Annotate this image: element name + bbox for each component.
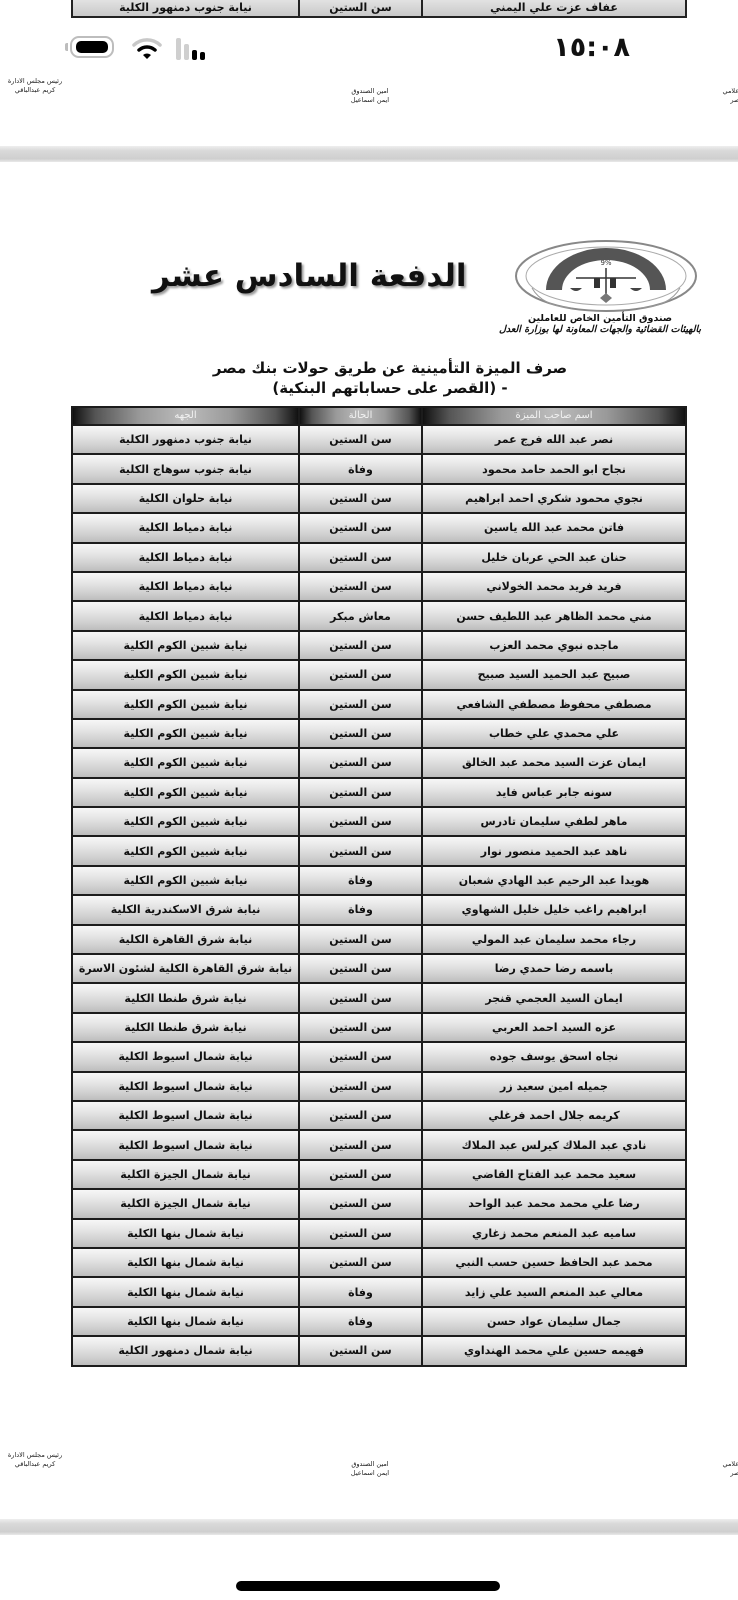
cell-name: نادي عبد الملاك كيرلس عبد الملاك	[421, 1131, 685, 1158]
cell-department: نيابة شبين الكوم الكلية	[73, 749, 298, 776]
table-row: حنان عبد الحي عربان خليلسن الستيننيابة د…	[73, 542, 685, 571]
table-row: نجوي محمود شكري احمد ابراهيمسن الستيننيا…	[73, 483, 685, 512]
cell-name: جميله امين سعيد زر	[421, 1073, 685, 1100]
cell-department: نيابة شمال بنها الكلية	[73, 1220, 298, 1247]
table-row: رضا علي محمد محمد عبد الواحدسن الستيننيا…	[73, 1188, 685, 1217]
table-row: ساميه عبد المنعم محمد زغاريسن الستيننياب…	[73, 1218, 685, 1247]
cell-status: سن الستين	[298, 1131, 421, 1158]
cell-status: سن الستين	[298, 808, 421, 835]
signature-title: رئيس مجلس الادارة	[0, 77, 70, 86]
signature-name: كريم عبدالباقي	[0, 86, 70, 95]
cell-department: نيابة دمياط الكلية	[73, 602, 298, 629]
signature-name: علي عبدالناصر	[680, 96, 738, 105]
table-row: جمال سليمان عواد حسنوفاةنيابة شمال بنها …	[73, 1306, 685, 1335]
cell-name: عزه السيد احمد العربي	[421, 1014, 685, 1041]
cell-status: سن الستين	[298, 1014, 421, 1041]
svg-text:9%: 9%	[600, 259, 611, 267]
cell-name: نصر عبد الله فرج عمر	[421, 426, 685, 453]
table-row: جميله امين سعيد زرسن الستيننيابة شمال اس…	[73, 1071, 685, 1100]
cell-name: مني محمد الظاهر عبد اللطيف حسن	[421, 602, 685, 629]
table-row: ماجده نبوي محمد العزبسن الستيننيابة شبين…	[73, 630, 685, 659]
cell-department: نيابة شمال الجيزة الكلية	[73, 1161, 298, 1188]
signature-chairman: رئيس مجلس الادارة كريم عبدالباقي	[0, 77, 70, 95]
column-header-name: اسم صاحب الميزة	[421, 408, 685, 424]
cell-status: سن الستين	[298, 426, 421, 453]
cell-status: سن الستين	[298, 749, 421, 776]
cell-status: سن الستين	[298, 1249, 421, 1276]
previous-page-last-row: عفاف عزت علي اليمني سن الستين نيابة جنوب…	[71, 0, 687, 18]
table-row: فهيمه حسين علي محمد الهنداويسن الستيننيا…	[73, 1335, 685, 1364]
table-body: نصر عبد الله فرج عمرسن الستيننيابة جنوب …	[73, 424, 685, 1365]
org-line-1: صندوق التأمين الخاص للعاملين	[485, 313, 715, 324]
cell-status: سن الستين	[298, 573, 421, 600]
cell-status: وفاة	[298, 1308, 421, 1335]
cell-name: باسمه رضا حمدي رضا	[421, 955, 685, 982]
battery-icon	[70, 36, 114, 58]
cell-name: حنان عبد الحي عربان خليل	[421, 544, 685, 571]
signature-name: علي عبدالناصر	[680, 1469, 738, 1478]
table-row: فاتن محمد عبد الله ياسينسن الستيننيابة د…	[73, 512, 685, 541]
signature-title: المتحدث الاعلامي	[680, 87, 738, 96]
cell-department: نيابة شبين الكوم الكلية	[73, 867, 298, 894]
cell-department: نيابة شمال اسيوط الكلية	[73, 1131, 298, 1158]
signature-title: رئيس مجلس الادارة	[0, 1451, 70, 1460]
cell-name: كريمه جلال احمد فرغلي	[421, 1102, 685, 1129]
cell-status: سن الستين	[298, 544, 421, 571]
signature-title: امين الصندوق	[335, 1460, 405, 1469]
cell-department: نيابة شبين الكوم الكلية	[73, 720, 298, 747]
cell-status: سن الستين	[298, 1102, 421, 1129]
cell-department: نيابة شمال اسيوط الكلية	[73, 1043, 298, 1070]
cell-name: نجاه اسحق يوسف جوده	[421, 1043, 685, 1070]
cell-status: سن الستين	[298, 837, 421, 864]
cellular-signal-icon	[176, 38, 216, 60]
cell-name: عفاف عزت علي اليمني	[421, 0, 685, 16]
table-row: ناهد عبد الحميد منصور نوارسن الستيننيابة…	[73, 835, 685, 864]
cell-status: سن الستين	[298, 0, 421, 16]
table-row: ايمان السيد العجمي قنجرسن الستيننيابة شر…	[73, 982, 685, 1011]
table-row: ايمان عزت السيد محمد عبد الخالقسن الستين…	[73, 747, 685, 776]
cell-name: ابراهيم راغب خليل خليل الشهاوي	[421, 896, 685, 923]
page-title: الدفعة السادس عشر	[152, 258, 467, 294]
table-row: مصطفي محفوظ مصطفي الشافعيسن الستيننيابة …	[73, 689, 685, 718]
table-row: نصر عبد الله فرج عمرسن الستيننيابة جنوب …	[73, 424, 685, 453]
signature-spokesman-bottom: المتحدث الاعلامي علي عبدالناصر	[680, 1460, 738, 1478]
signature-title: المتحدث الاعلامي	[680, 1460, 738, 1469]
cell-department: نيابة شرق طنطا الكلية	[73, 1014, 298, 1041]
organization-name: صندوق التأمين الخاص للعاملين بالهيئات ال…	[485, 313, 715, 335]
clock: ١٥:٠٨	[553, 32, 630, 63]
cell-name: فريد فريد محمد الخولاني	[421, 573, 685, 600]
cell-status: وفاة	[298, 896, 421, 923]
table-row: فريد فريد محمد الخولانيسن الستيننيابة دم…	[73, 571, 685, 600]
cell-status: سن الستين	[298, 1043, 421, 1070]
cell-name: ايمان السيد العجمي قنجر	[421, 984, 685, 1011]
cell-department: نيابة دمياط الكلية	[73, 573, 298, 600]
subtitle-line-2: - (القصر على حساباتهم البنكية)	[180, 378, 600, 398]
cell-name: رجاء محمد سليمان عبد المولي	[421, 926, 685, 953]
cell-status: سن الستين	[298, 1073, 421, 1100]
cell-name: ناهد عبد الحميد منصور نوار	[421, 837, 685, 864]
cell-department: نيابة شرق القاهرة الكلية لشئون الاسرة	[73, 955, 298, 982]
cell-department: نيابة جنوب سوهاج الكلية	[73, 455, 298, 482]
cell-status: سن الستين	[298, 1337, 421, 1364]
cell-department: نيابة شبين الكوم الكلية	[73, 691, 298, 718]
table-row: سعيد محمد عبد الفتاح القاضيسن الستيننياب…	[73, 1159, 685, 1188]
cell-name: جمال سليمان عواد حسن	[421, 1308, 685, 1335]
cell-department: نيابة شمال بنها الكلية	[73, 1249, 298, 1276]
cell-name: ماهر لطفي سليمان تادرس	[421, 808, 685, 835]
subtitle: صرف الميزة التأمينية عن طريق حولات بنك م…	[180, 358, 600, 398]
cell-status: سن الستين	[298, 720, 421, 747]
cell-status: سن الستين	[298, 514, 421, 541]
table-row: محمد عبد الحافظ حسين حسب النبيسن الستينن…	[73, 1247, 685, 1276]
cell-status: وفاة	[298, 1278, 421, 1305]
cell-name: نجاح ابو الحمد حامد محمود	[421, 455, 685, 482]
cell-department: نيابة شمال دمنهور الكلية	[73, 1337, 298, 1364]
signature-chairman-bottom: رئيس مجلس الادارة كريم عبدالباقي	[0, 1451, 70, 1469]
cell-status: سن الستين	[298, 691, 421, 718]
cell-status: سن الستين	[298, 984, 421, 1011]
status-bar: ١٥:٠٨	[0, 30, 738, 70]
fund-logo-icon: 9%	[512, 238, 700, 314]
cell-name: رضا علي محمد محمد عبد الواحد	[421, 1190, 685, 1217]
cell-department: نيابة جنوب دمنهور الكلية	[73, 426, 298, 453]
page-separator-bottom	[0, 1519, 738, 1535]
cell-department: نيابة شبين الكوم الكلية	[73, 779, 298, 806]
cell-status: وفاة	[298, 455, 421, 482]
cell-status: سن الستين	[298, 926, 421, 953]
cell-status: سن الستين	[298, 1220, 421, 1247]
cell-department: نيابة شبين الكوم الكلية	[73, 808, 298, 835]
table-row: صبيح عبد الحميد السيد صبيحسن الستيننيابة…	[73, 659, 685, 688]
cell-department: نيابة حلوان الكلية	[73, 485, 298, 512]
cell-name: مصطفي محفوظ مصطفي الشافعي	[421, 691, 685, 718]
table-row: علي محمدي علي خطابسن الستيننيابة شبين ال…	[73, 718, 685, 747]
cell-department: نيابة شرق الاسكندرية الكلية	[73, 896, 298, 923]
cell-department: نيابة شمال بنها الكلية	[73, 1308, 298, 1335]
table-row: رجاء محمد سليمان عبد الموليسن الستيننياب…	[73, 924, 685, 953]
cell-status: سن الستين	[298, 632, 421, 659]
cell-status: سن الستين	[298, 661, 421, 688]
signature-name: ايمن اسماعيل	[335, 96, 405, 105]
cell-department: نيابة شمال اسيوط الكلية	[73, 1102, 298, 1129]
table-row: ماهر لطفي سليمان تادرسسن الستيننيابة شبي…	[73, 806, 685, 835]
table-row: ابراهيم راغب خليل خليل الشهاويوفاةنيابة …	[73, 894, 685, 923]
table-row: سونه جابر عباس فايدسن الستيننيابة شبين ا…	[73, 777, 685, 806]
beneficiaries-table: اسم صاحب الميزة الحالة الجهه نصر عبد الل…	[71, 406, 687, 1367]
cell-name: ايمان عزت السيد محمد عبد الخالق	[421, 749, 685, 776]
cell-department: نيابة شمال اسيوط الكلية	[73, 1073, 298, 1100]
signature-name: كريم عبدالباقي	[0, 1460, 70, 1469]
cell-status: سن الستين	[298, 779, 421, 806]
column-header-status: الحالة	[298, 408, 421, 424]
cell-department: نيابة شرق القاهرة الكلية	[73, 926, 298, 953]
cell-status: سن الستين	[298, 955, 421, 982]
subtitle-line-1: صرف الميزة التأمينية عن طريق حولات بنك م…	[180, 358, 600, 378]
cell-name: فاتن محمد عبد الله ياسين	[421, 514, 685, 541]
cell-status: معاش مبكر	[298, 602, 421, 629]
table-row: معالي عبد المنعم السيد علي زايدوفاةنيابة…	[73, 1276, 685, 1305]
cell-department: نيابة شرق طنطا الكلية	[73, 984, 298, 1011]
cell-name: معالي عبد المنعم السيد علي زايد	[421, 1278, 685, 1305]
cell-name: فهيمه حسين علي محمد الهنداوي	[421, 1337, 685, 1364]
table-row: نجاه اسحق يوسف جودهسن الستيننيابة شمال ا…	[73, 1041, 685, 1070]
cell-department: نيابة شمال الجيزة الكلية	[73, 1190, 298, 1217]
table-header: اسم صاحب الميزة الحالة الجهه	[73, 408, 685, 424]
cell-department: نيابة شبين الكوم الكلية	[73, 661, 298, 688]
table-row: مني محمد الظاهر عبد اللطيف حسنمعاش مبكرن…	[73, 600, 685, 629]
table-row: كريمه جلال احمد فرغليسن الستيننيابة شمال…	[73, 1100, 685, 1129]
wifi-icon	[132, 36, 162, 60]
cell-status: سن الستين	[298, 485, 421, 512]
cell-department: نيابة دمياط الكلية	[73, 514, 298, 541]
battery-nub	[65, 43, 68, 51]
cell-department: نيابة شمال بنها الكلية	[73, 1278, 298, 1305]
cell-department: نيابة دمياط الكلية	[73, 544, 298, 571]
table-row: هويدا عبد الرحيم عبد الهادي شعبانوفاةنيا…	[73, 865, 685, 894]
cell-name: صبيح عبد الحميد السيد صبيح	[421, 661, 685, 688]
cell-department: نيابة شبين الكوم الكلية	[73, 632, 298, 659]
cell-name: سونه جابر عباس فايد	[421, 779, 685, 806]
signature-spokesman: المتحدث الاعلامي علي عبدالناصر	[680, 87, 738, 105]
home-indicator[interactable]	[236, 1581, 500, 1591]
cell-name: محمد عبد الحافظ حسين حسب النبي	[421, 1249, 685, 1276]
cell-name: هويدا عبد الرحيم عبد الهادي شعبان	[421, 867, 685, 894]
cell-name: سعيد محمد عبد الفتاح القاضي	[421, 1161, 685, 1188]
cell-department: نيابة شبين الكوم الكلية	[73, 837, 298, 864]
table-row: باسمه رضا حمدي رضاسن الستيننيابة شرق الق…	[73, 953, 685, 982]
signature-treasurer: امين الصندوق ايمن اسماعيل	[335, 87, 405, 105]
table-row: نجاح ابو الحمد حامد محمودوفاةنيابة جنوب …	[73, 453, 685, 482]
page-separator	[0, 146, 738, 162]
cell-status: سن الستين	[298, 1190, 421, 1217]
cell-department: نيابة جنوب دمنهور الكلية	[73, 0, 298, 16]
cell-status: وفاة	[298, 867, 421, 894]
signature-treasurer-bottom: امين الصندوق ايمن اسماعيل	[335, 1460, 405, 1478]
cell-name: علي محمدي علي خطاب	[421, 720, 685, 747]
cell-name: نجوي محمود شكري احمد ابراهيم	[421, 485, 685, 512]
table-row: نادي عبد الملاك كيرلس عبد الملاكسن الستي…	[73, 1129, 685, 1158]
column-header-department: الجهه	[73, 408, 298, 424]
cell-name: ماجده نبوي محمد العزب	[421, 632, 685, 659]
table-row: عزه السيد احمد العربيسن الستيننيابة شرق …	[73, 1012, 685, 1041]
cell-name: ساميه عبد المنعم محمد زغاري	[421, 1220, 685, 1247]
org-line-2: بالهيئات القضائية والجهات المعاونة لها ب…	[485, 324, 715, 335]
cell-status: سن الستين	[298, 1161, 421, 1188]
signature-name: ايمن اسماعيل	[335, 1469, 405, 1478]
signature-title: امين الصندوق	[335, 87, 405, 96]
